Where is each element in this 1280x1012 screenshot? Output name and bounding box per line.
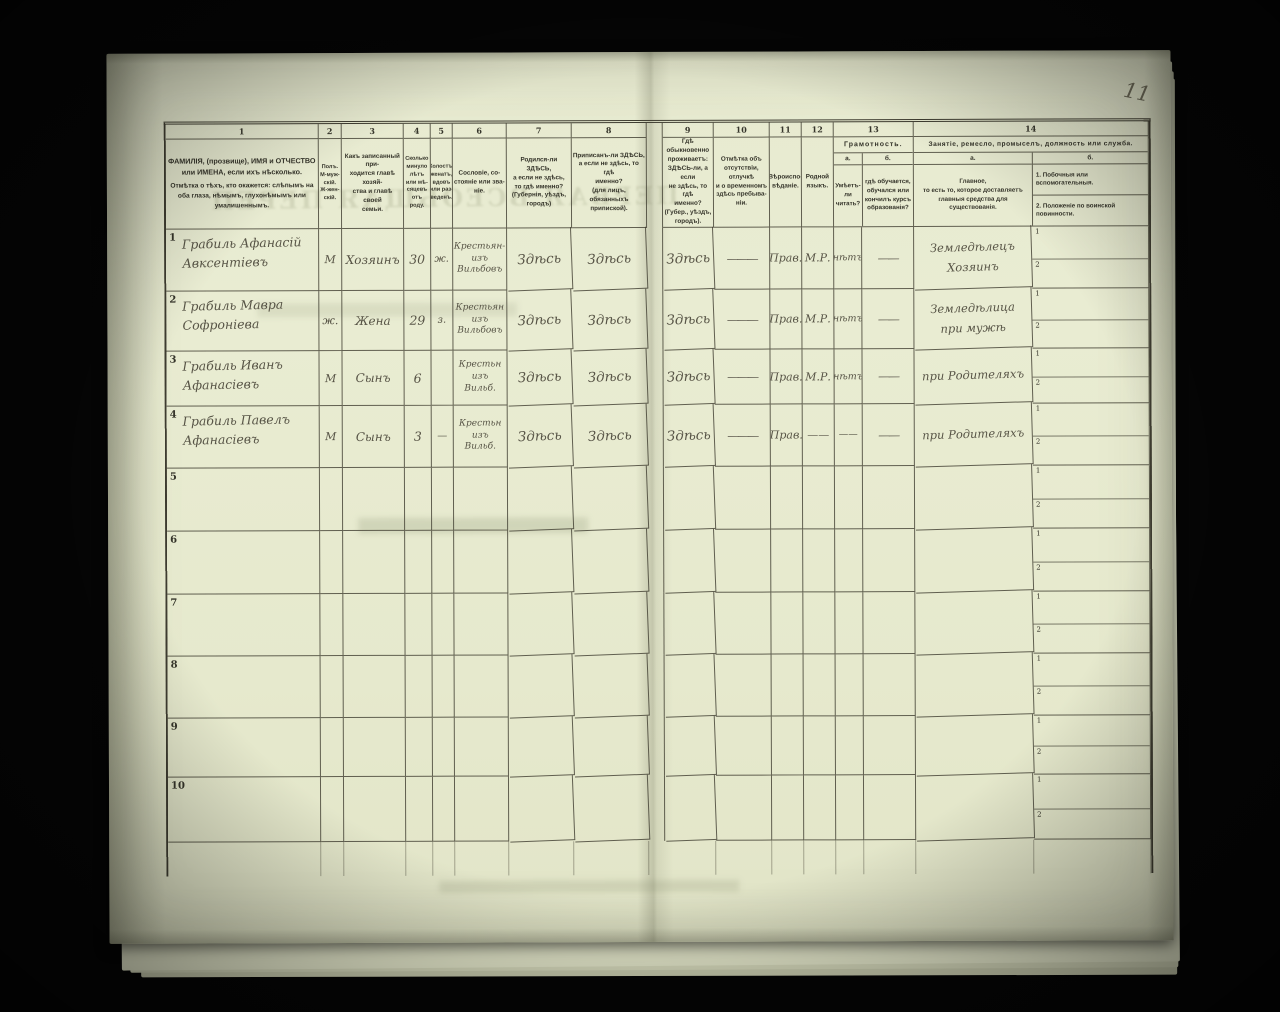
row-9-absence (716, 717, 772, 776)
row-number: 10 (171, 781, 185, 792)
row-10-occupation (915, 773, 1035, 841)
row-7-name-cell: 7 (167, 594, 320, 657)
table-bottom-stub (916, 840, 1034, 874)
table-bottom-stub (321, 842, 344, 876)
row-8-relation (344, 656, 406, 718)
side-occupation-sub-1: 1 (1034, 653, 1150, 686)
row-3-resides: Здѣсь (663, 349, 716, 406)
row-8-language (804, 654, 836, 716)
col-5-header: Холостъ, женатъ, вдовъ или раз- веденъ. (431, 139, 453, 229)
side-occupation-sub-1: 1 (1033, 591, 1149, 624)
row-7-education (863, 592, 915, 654)
fold-gap-cell (647, 138, 663, 228)
row-10-literacy (836, 775, 864, 840)
row-3-estate: Крестьн изъ Вильб. (453, 350, 507, 405)
side-occupation-sub-1: 1 (1033, 465, 1149, 499)
row-6-relation (343, 531, 405, 594)
page-number: 11 (1122, 78, 1153, 107)
row-3-age: 6 (404, 351, 431, 406)
row-8-resides (663, 654, 716, 718)
row-1-literacy: нѣтъ (834, 227, 862, 289)
row-2-occupation: Земледѣлица при мужѣ (914, 287, 1034, 350)
row-4-relation: Сынъ (343, 406, 405, 468)
row-5-resides (663, 466, 716, 531)
bleed-through-mark (439, 880, 739, 893)
row-number: 5 (170, 472, 177, 483)
row-7-absence (715, 593, 771, 655)
table-bottom-stub (772, 840, 804, 874)
occupation-sub-b2-desc: 2. Положеніе по воинской повинности. (1033, 195, 1148, 225)
side-occupation-sub-label: 2 (1035, 322, 1039, 330)
col-4-number: 4 (404, 124, 431, 139)
side-occupation-sub-1: 1 (1034, 715, 1150, 747)
census-table: 1 2 3 4 5 6 7 8 9 10 11 12 13 14 ФАМИЛІЯ… (164, 118, 1154, 876)
row-3-education: —— (862, 349, 914, 404)
fold-gap-cell (648, 467, 664, 530)
row-4-estate: Крестьн изъ Вильб. (454, 405, 508, 467)
side-occupation-sub-2: 2 (1033, 499, 1149, 528)
side-occupation-sub-1: 1 (1032, 226, 1148, 259)
row-number: 2 (169, 295, 176, 306)
side-occupation-sub-2: 2 (1033, 378, 1149, 403)
row-8-education (864, 654, 916, 716)
col-6-number: 6 (453, 123, 507, 138)
row-1-born: Здѣсь (506, 227, 573, 291)
side-occupation-sub-label: 1 (1036, 467, 1040, 475)
row-2-literacy: нѣтъ (834, 289, 862, 349)
side-occupation-sub-1: 1 (1032, 288, 1148, 320)
col-1-number: 1 (166, 124, 319, 140)
row-5-relation (343, 468, 405, 531)
row-8-estate (455, 655, 509, 717)
row-10-marital (433, 777, 455, 842)
fold-gap-cell (647, 350, 663, 405)
row-10-registered (573, 775, 650, 843)
fold-gap-cell (647, 290, 663, 350)
row-2-name-cell: 2Грабиль Мавра Софроніева (166, 291, 319, 352)
row-8-name-cell: 8 (168, 656, 321, 719)
row-5-absence (715, 467, 771, 530)
row-6-absence (715, 530, 771, 593)
row-4-resides: Здѣсь (663, 404, 716, 468)
row-8-age (406, 656, 433, 718)
row-6-language (803, 529, 835, 592)
side-occupation-sub-label: 1 (1037, 717, 1041, 725)
row-7-registered (572, 592, 649, 657)
row-8-side-occupation-cell: 12 (1034, 653, 1151, 715)
row-7-side-occupation-cell: 12 (1033, 591, 1150, 653)
row-10-language (804, 775, 836, 840)
table-bottom-stub (344, 842, 406, 876)
col-1-header: ФАМИЛІЯ, (прозвище), ИМЯ и ОТЧЕСТВО или … (166, 139, 319, 230)
row-9-side-occupation-cell: 12 (1034, 715, 1151, 774)
side-occupation-sub-1: 1 (1033, 528, 1149, 562)
side-occupation-sub-1: 1 (1034, 774, 1150, 809)
side-occupation-sub-label: 2 (1036, 563, 1040, 571)
row-6-age (405, 531, 432, 594)
col-7-header: Родился-ли ЗДѢСЬ, а если не здѣсь, то гд… (507, 138, 572, 228)
col-9-number: 9 (663, 123, 714, 138)
row-5-occupation (914, 464, 1034, 530)
row-4-age: 3 (405, 406, 432, 468)
row-3-sex: М (319, 351, 342, 406)
row-4-occupation: при Родителяхъ (914, 402, 1034, 467)
row-5-born (507, 466, 574, 531)
row-9-religion (772, 716, 804, 775)
row-2-estate: Крестьян изъ Вильбовъ (453, 290, 507, 350)
col-2-header: Полъ. М-муж- скій. Ж-жен- скій. (319, 139, 342, 229)
ledger-page-spread: ПЕРВАЯ ВСЕОБЩАЯ ПЕРЕПИСЬ 11 1 2 3 4 5 6 … (106, 50, 1173, 944)
row-8-sex (321, 656, 344, 718)
row-9-name-text (184, 721, 318, 724)
side-occupation-sub-label: 2 (1036, 379, 1040, 387)
side-occupation-sub-1: 1 (1032, 348, 1148, 378)
row-6-side-occupation-cell: 12 (1033, 528, 1150, 591)
fold-gap-cell (647, 123, 663, 138)
row-6-literacy (835, 529, 863, 592)
top-edge-shadow (106, 50, 1170, 64)
fold-gap-cell (648, 405, 664, 467)
row-7-relation (343, 594, 405, 656)
row-3-absence: ——— (714, 350, 770, 405)
table-bottom-stub (574, 841, 649, 875)
col-13-number: 13 (834, 122, 914, 137)
occupation-header-title: Занятіе, ремесло, промыселъ, должность и… (914, 136, 1148, 153)
row-4-registered: Здѣсь (572, 404, 649, 469)
row-number: 9 (171, 722, 178, 733)
row-6-resides (663, 529, 716, 594)
row-3-registered: Здѣсь (572, 349, 649, 407)
side-occupation-sub-label: 1 (1037, 776, 1041, 784)
col-12-header: Родной языкъ. (802, 137, 834, 227)
row-5-religion (771, 466, 803, 529)
table-bottom-stub (665, 841, 716, 875)
row-1-religion: Прав. (770, 227, 802, 289)
row-7-marital (432, 594, 454, 656)
row-1-name-text: Грабиль Афанасій Авксентіевъ (182, 232, 317, 274)
literacy-sub-b-desc: гдѣ обучается, обучался или кончилъ курс… (863, 165, 913, 226)
row-10-education (864, 775, 916, 840)
row-2-age: 29 (404, 291, 431, 351)
side-occupation-sub-2: 2 (1033, 436, 1149, 464)
row-9-born (508, 716, 575, 777)
row-1-occupation: Земледѣлецъ Хозяинъ (913, 225, 1033, 290)
row-2-registered: Здѣсь (571, 289, 648, 352)
fold-gap-cell (647, 228, 663, 290)
row-4-literacy: —— (835, 404, 863, 466)
row-7-resides (663, 592, 716, 656)
side-occupation-sub-label: 2 (1036, 626, 1040, 634)
table-bottom-stub (406, 842, 433, 876)
occupation-sub-b1-desc: 1. Побочныя или вспомогательныя. (1033, 164, 1148, 195)
row-6-sex (320, 531, 343, 594)
row-5-name-text (183, 471, 317, 474)
col-10-number: 10 (714, 123, 770, 138)
row-10-name-text (184, 780, 318, 783)
side-occupation-sub-1: 1 (1033, 403, 1149, 436)
row-2-side-occupation-cell: 12 (1032, 288, 1149, 348)
row-7-age (405, 594, 432, 656)
row-4-name-text: Грабиль Павелъ Афанасіевъ (182, 409, 317, 451)
row-10-sex (321, 777, 344, 842)
row-5-name-cell: 5 (167, 468, 320, 532)
col-14-header: Занятіе, ремесло, промыселъ, должность и… (914, 136, 1149, 227)
col-11-number: 11 (770, 122, 802, 137)
row-7-religion (771, 592, 803, 654)
table-bottom-stub (864, 840, 916, 874)
row-8-occupation (915, 652, 1035, 717)
side-occupation-sub-label: 1 (1036, 530, 1040, 538)
row-4-marital: — (432, 406, 454, 468)
row-3-side-occupation-cell: 12 (1032, 348, 1149, 403)
side-occupation-sub-label: 1 (1036, 405, 1040, 413)
fold-gap-cell (649, 655, 665, 717)
col-9-header: Гдѣ обыкновенно проживаетъ: ЗДѢСЬ-ли, а … (663, 138, 714, 228)
row-6-estate (454, 530, 508, 593)
side-occupation-sub-2: 2 (1032, 320, 1148, 347)
row-2-education: —— (862, 289, 914, 349)
row-9-estate (455, 717, 509, 776)
row-6-name-text (183, 534, 317, 537)
fold-gap-cell (648, 530, 664, 593)
row-6-marital (432, 531, 454, 594)
row-9-language (804, 716, 836, 775)
col-12-number: 12 (802, 122, 834, 137)
row-1-side-occupation-cell: 12 (1032, 226, 1149, 288)
row-9-resides (664, 716, 717, 777)
col-1-header-main: ФАМИЛІЯ, (прозвище), ИМЯ и ОТЧЕСТВО или … (167, 156, 317, 178)
table-bottom-stub (836, 840, 864, 874)
row-number: 7 (170, 598, 177, 609)
table-bottom-stub (509, 841, 574, 875)
row-6-registered (572, 529, 649, 595)
row-3-born: Здѣсь (507, 349, 574, 406)
row-9-age (406, 718, 433, 777)
side-occupation-sub-2: 2 (1033, 562, 1149, 591)
side-occupation-sub-label: 2 (1036, 500, 1040, 508)
table-bottom-stub (433, 842, 455, 876)
row-3-language: М.Р. (802, 349, 834, 404)
col-10-header: Отмѣтка объ отсутствіи, отлучкѣ и о врем… (714, 138, 770, 228)
col-3-header: Какъ записанный при- ходится главѣ хозяй… (342, 139, 404, 229)
row-1-absence: ——— (714, 228, 770, 290)
table-bottom-stub (1034, 839, 1151, 873)
row-1-language: М.Р. (802, 227, 834, 289)
row-6-born (507, 529, 574, 594)
row-3-literacy: нѣтъ (834, 349, 862, 404)
row-number: 3 (170, 355, 177, 366)
row-3-occupation: при Родителяхъ (914, 347, 1034, 405)
row-5-age (405, 468, 432, 531)
row-3-marital (431, 351, 453, 406)
row-10-born (508, 775, 575, 842)
row-2-relation: Жена (342, 291, 404, 351)
row-1-resides: Здѣсь (662, 227, 715, 291)
row-9-registered (573, 716, 650, 778)
row-8-name-text (184, 659, 318, 662)
row-4-sex: М (320, 406, 343, 468)
row-2-resides: Здѣсь (662, 289, 715, 351)
side-occupation-sub-label: 2 (1036, 438, 1040, 446)
row-4-religion: Прав. (771, 404, 803, 466)
row-1-estate: Крестьян- изъ Вильбовъ (453, 228, 507, 290)
col-1-header-note: Отмѣтка о тѣхъ, кто окажется: слѣпымъ на… (167, 181, 317, 211)
row-5-side-occupation-cell: 12 (1033, 465, 1150, 528)
row-1-relation: Хозяинъ (342, 229, 404, 291)
row-2-absence: ——— (714, 290, 770, 350)
row-9-occupation (915, 714, 1035, 776)
row-5-registered (572, 466, 649, 532)
row-number: 8 (171, 660, 178, 671)
row-9-literacy (836, 716, 864, 775)
row-8-registered (572, 654, 649, 719)
side-occupation-sub-2: 2 (1034, 747, 1150, 774)
row-9-sex (321, 718, 344, 777)
side-occupation-sub-label: 2 (1037, 810, 1041, 818)
side-occupation-sub-label: 2 (1037, 688, 1041, 696)
table-bottom-stub (168, 842, 321, 877)
row-4-education: —— (863, 404, 915, 466)
row-1-sex: М (319, 229, 342, 291)
row-3-religion: Прав. (770, 349, 802, 404)
side-occupation-sub-label: 1 (1037, 655, 1041, 663)
row-2-marital: з. (431, 291, 453, 351)
occupation-sub-a-desc: Главное, то есть то, которое доставляетъ… (914, 165, 1032, 226)
fold-gap-cell (649, 776, 665, 841)
row-10-relation (344, 777, 406, 842)
side-occupation-sub-label: 1 (1035, 228, 1039, 236)
row-7-language (803, 592, 835, 654)
left-page-curl-shadow (106, 54, 165, 944)
row-6-religion (771, 529, 803, 592)
row-5-education (863, 466, 915, 529)
row-10-side-occupation-cell: 12 (1034, 774, 1151, 839)
occupation-sub-a-label: а. (914, 153, 1032, 165)
row-6-education (863, 529, 915, 592)
col-5-number: 5 (431, 124, 453, 139)
row-5-sex (320, 468, 343, 531)
row-8-religion (772, 654, 804, 716)
table-bottom-stub (716, 841, 772, 875)
col-14-number: 14 (914, 121, 1149, 137)
row-7-sex (320, 594, 343, 656)
fold-gap-cell (648, 593, 664, 655)
row-9-name-cell: 9 (168, 718, 321, 778)
table-bottom-stub (455, 841, 509, 875)
col-8-number: 8 (572, 123, 647, 138)
side-occupation-sub-label: 2 (1037, 748, 1041, 756)
row-9-relation (344, 718, 406, 777)
occupation-sub-b-label: б. (1033, 152, 1148, 164)
side-occupation-sub-2: 2 (1033, 624, 1149, 652)
side-occupation-sub-2: 2 (1034, 686, 1150, 714)
row-4-born: Здѣсь (507, 404, 574, 468)
side-occupation-sub-2: 2 (1034, 809, 1150, 839)
row-7-occupation (915, 590, 1035, 655)
row-2-born: Здѣсь (506, 289, 573, 351)
side-occupation-sub-label: 2 (1035, 261, 1039, 269)
row-3-name-text: Грабиль Иванъ Афанасіевъ (182, 354, 317, 396)
row-3-name-cell: 3Грабиль Иванъ Афанасіевъ (166, 351, 319, 407)
literacy-sub-a-desc: Умѣетъ- ли читать? (834, 165, 862, 226)
row-10-absence (716, 776, 772, 841)
row-number: 6 (170, 535, 177, 546)
literacy-header-title: Грамотность. (834, 137, 913, 153)
row-2-name-text: Грабиль Мавра Софроніева (182, 294, 317, 336)
col-7-number: 7 (507, 123, 572, 138)
row-5-language (803, 466, 835, 529)
row-1-marital: ж. (431, 229, 453, 291)
side-occupation-sub-label: 1 (1035, 350, 1039, 358)
row-number: 4 (170, 410, 177, 421)
row-4-language: —— (803, 404, 835, 466)
row-7-literacy (835, 592, 863, 654)
row-2-sex: ж. (319, 291, 342, 351)
row-4-name-cell: 4Грабиль Павелъ Афанасіевъ (167, 406, 320, 469)
row-10-estate (455, 776, 509, 841)
row-1-name-cell: 1Грабиль Афанасій Авксентіевъ (166, 229, 319, 292)
row-5-literacy (835, 466, 863, 529)
col-13-header: Грамотность. а. Умѣетъ- ли читать? б. гд… (834, 137, 914, 227)
literacy-sub-b-label: б. (863, 153, 913, 165)
row-6-occupation (914, 527, 1034, 593)
row-4-side-occupation-cell: 12 (1033, 403, 1150, 465)
row-1-education: —— (862, 227, 914, 289)
row-5-estate (454, 467, 508, 530)
row-10-religion (772, 775, 804, 840)
row-1-age: 30 (404, 229, 431, 291)
row-8-absence (716, 655, 772, 717)
row-10-age (406, 777, 433, 842)
row-10-name-cell: 10 (168, 777, 321, 843)
row-3-relation: Сынъ (342, 351, 404, 406)
col-6-header: Сословіе, со- стояніе или зва- ніе. (453, 138, 507, 228)
col-2-number: 2 (319, 124, 342, 139)
row-number: 1 (169, 233, 176, 244)
row-5-marital (432, 468, 454, 531)
row-7-born (507, 592, 574, 656)
row-1-registered: Здѣсь (571, 227, 648, 292)
col-8-header: Приписанъ-ли ЗДѢСЬ, а если не здѣсь, то … (572, 138, 647, 228)
row-10-resides (664, 775, 717, 842)
table-bottom-stub (804, 840, 836, 874)
row-7-name-text (183, 597, 317, 600)
row-2-language: М.Р. (802, 289, 834, 349)
side-occupation-sub-label: 1 (1036, 593, 1040, 601)
row-7-estate (454, 593, 508, 655)
row-8-literacy (836, 654, 864, 716)
row-9-marital (433, 718, 455, 777)
row-6-name-cell: 6 (167, 531, 320, 595)
row-2-religion: Прав. (770, 289, 802, 349)
col-3-number: 3 (342, 124, 404, 139)
row-8-marital (433, 656, 455, 718)
row-8-born (507, 654, 574, 718)
literacy-sub-a-label: а. (834, 153, 862, 165)
row-4-absence: ——— (715, 405, 771, 467)
col-4-header: Сколько минуло лѣтъ или мѣ- сяцевъ отъ р… (404, 139, 431, 229)
fold-gap-cell (649, 717, 665, 776)
side-occupation-sub-2: 2 (1032, 259, 1148, 287)
col-11-header: Вѣроиспо- вѣданіе. (770, 137, 802, 227)
row-9-education (864, 716, 916, 775)
side-occupation-sub-label: 1 (1035, 290, 1039, 298)
